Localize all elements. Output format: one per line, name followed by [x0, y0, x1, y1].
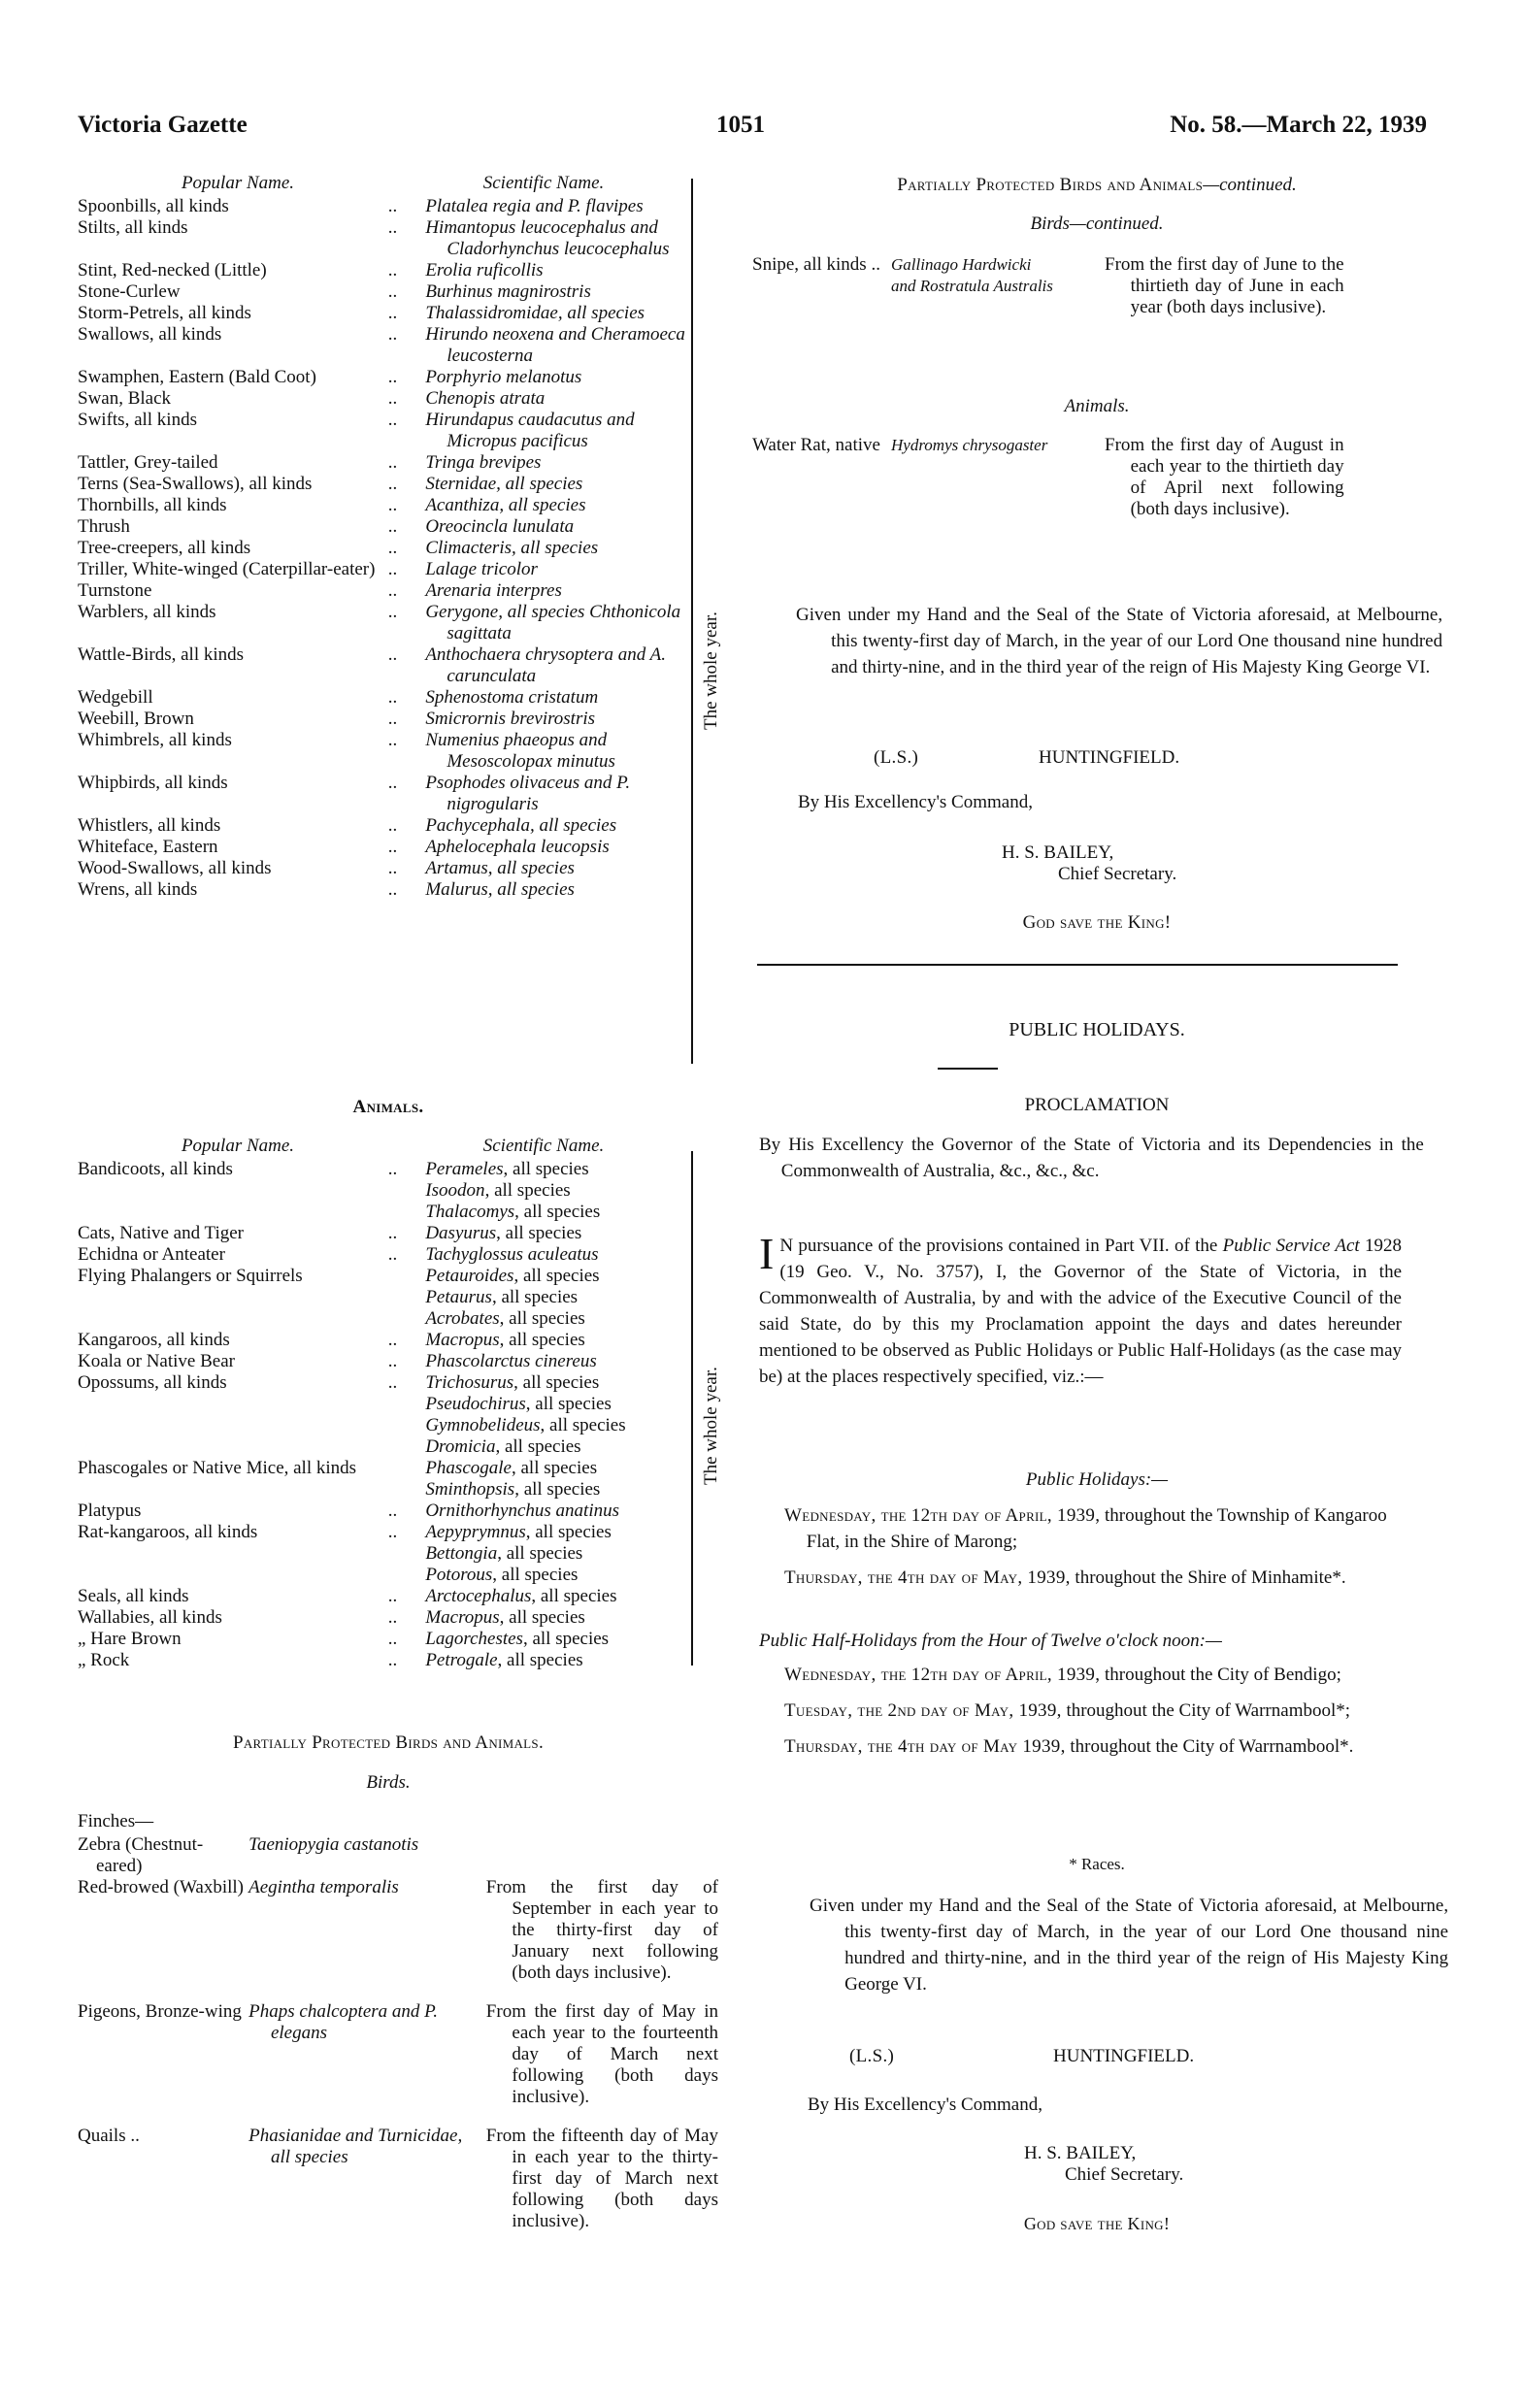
popular-name: ..Wrens, all kinds	[78, 879, 414, 901]
genus: Perameles	[425, 1159, 503, 1179]
table-row: ..Stint, Red-necked (Little)Erolia rufic…	[78, 260, 699, 281]
popular-name: Flying Phalangers or Squirrels	[78, 1266, 414, 1330]
birds-table-header: Popular Name. Scientific Name.	[78, 173, 699, 194]
holiday-place: throughout the City of Bendigo;	[1105, 1665, 1341, 1685]
table-row: ..Echidna or AnteaterTachyglossus aculea…	[78, 1244, 699, 1266]
animals-table-header: Popular Name. Scientific Name.	[78, 1136, 699, 1157]
table-row: ..Wallabies, all kindsMacropus, all spec…	[78, 1607, 699, 1629]
table-row: Red-browed (Waxbill)Aegintha temporalisF…	[78, 1877, 718, 1984]
table-row: ..Kangaroos, all kindsMacropus, all spec…	[78, 1330, 699, 1351]
table-row: ..Storm-Petrels, all kindsThalassidromid…	[78, 303, 699, 324]
table-row: ..Bandicoots, all kindsPerameles, all sp…	[78, 1159, 699, 1223]
table-row: ..Seals, all kindsArctocephalus, all spe…	[78, 1586, 699, 1607]
table-row: ..TurnstoneArenaria interpres	[78, 580, 699, 602]
scientific-name: Pseudochirus, all species	[447, 1394, 699, 1415]
scientific-name: Petauroides, all species	[447, 1266, 699, 1287]
scientific-name: Thalassidromidae, all species	[425, 303, 699, 324]
partially-protected-title: Partially Protected Birds and Animals.	[78, 1732, 699, 1754]
scientific-names: Phascogale, all speciesSminthopsis, all …	[425, 1458, 699, 1501]
scientific-name: Phaps chalcoptera and P. elegans	[248, 2001, 486, 2108]
pp-continued-title: Partially Protected Birds and Animals—co…	[747, 175, 1446, 196]
scientific-name: Tachyglossus aculeatus	[447, 1244, 699, 1266]
secretary-name: H. S. BAILEY,	[1002, 842, 1113, 864]
holiday-place: throughout the City of Warrnambool*;	[1066, 1700, 1350, 1721]
birds-continued-subtitle: Birds—continued.	[747, 214, 1446, 235]
popular-name: ..Whimbrels, all kinds	[78, 730, 414, 773]
popular-name: ..Cats, Native and Tiger	[78, 1223, 414, 1244]
scientific-name: Acrobates, all species	[447, 1308, 699, 1330]
scientific-name: Psophodes olivaceus and P. nigrogularis	[425, 773, 699, 815]
holiday-date: Thursday, the 4th day of May 1939,	[784, 1736, 1066, 1757]
scientific-name: Aepyprymnus, all species	[447, 1522, 699, 1543]
holiday-item: Tuesday, the 2nd day of May, 1939, throu…	[784, 1698, 1406, 1724]
scientific-name: Aegintha temporalis	[248, 1877, 486, 1984]
seal-mark: (L.S.)	[874, 747, 918, 769]
genus: Dromicia	[425, 1436, 495, 1457]
table-row: ..Thornbills, all kindsAcanthiza, all sp…	[78, 495, 699, 516]
popular-name: ..Stone-Curlew	[78, 281, 414, 303]
genus: Gymnobelideus	[425, 1415, 540, 1435]
scientific-name: Acanthiza, all species	[425, 495, 699, 516]
genus: Isoodon	[425, 1180, 484, 1201]
table-row: ..Whiteface, EasternAphelocephala leucop…	[78, 837, 699, 858]
scientific-name: Isoodon, all species	[447, 1180, 699, 1202]
birds-rows: ..Spoonbills, all kindsPlatalea regia an…	[78, 196, 699, 901]
scientific-name: Arctocephalus, all species	[447, 1586, 699, 1607]
holidays-heading: Public Holidays:—	[747, 1469, 1446, 1491]
scientific-name: Oreocincla lunulata	[425, 516, 699, 538]
table-row: Pigeons, Bronze-wingPhaps chalcoptera an…	[78, 2001, 718, 2108]
popular-name: Quails ..	[78, 2126, 248, 2232]
table-row: ..Rat-kangaroos, all kindsAepyprymnus, a…	[78, 1522, 699, 1586]
holiday-date: Tuesday, the 2nd day of May, 1939,	[784, 1700, 1062, 1721]
genus: Trichosurus	[425, 1372, 513, 1393]
partially-protected-table: Zebra (Chestnut-eared)Taeniopygia castan…	[78, 1834, 718, 2250]
scientific-names: Trichosurus, all speciesPseudochirus, al…	[425, 1372, 699, 1458]
scientific-name: Lalage tricolor	[425, 559, 699, 580]
scientific-name: Sminthopsis, all species	[447, 1479, 699, 1501]
table-row: ..PlatypusOrnithorhynchus anatinus	[78, 1501, 699, 1522]
popular-name: ..Rat-kangaroos, all kinds	[78, 1522, 414, 1586]
genus: Potorous	[425, 1565, 492, 1585]
scientific-name: Anthochaera chrysoptera and A. caruncula…	[425, 644, 699, 687]
scientific-name: Phascogale, all species	[447, 1458, 699, 1479]
genus: Sminthopsis	[425, 1479, 514, 1500]
table-row: ..Warblers, all kindsGerygone, all speci…	[78, 602, 699, 644]
birds-subtitle: Birds.	[78, 1772, 699, 1794]
popular-name: Zebra (Chestnut-eared)	[78, 1834, 248, 1877]
table-row: ..Swamphen, Eastern (Bald Coot)Porphyrio…	[78, 367, 699, 388]
scientific-name: Macropus, all species	[447, 1607, 699, 1629]
popular-name: ..Swifts, all kinds	[78, 410, 414, 452]
scientific-name: Phascolarctus cinereus	[447, 1351, 699, 1372]
scientific-name: Burhinus magnirostris	[425, 281, 699, 303]
command-line: By His Excellency's Command,	[808, 2095, 1042, 2116]
scientific-name: Phasianidae and Turnicidae, all species	[248, 2126, 486, 2232]
holiday-place: throughout the City of Warrnambool*.	[1070, 1736, 1353, 1757]
popular-name: ..Triller, White-winged (Caterpillar-eat…	[78, 559, 414, 580]
scientific-names: Tachyglossus aculeatus	[425, 1244, 699, 1266]
table-row: ..Whimbrels, all kindsNumenius phaeopus …	[78, 730, 699, 773]
secretary-title: Chief Secretary.	[1058, 864, 1176, 885]
scientific-name: Macropus, all species	[447, 1330, 699, 1351]
given-under-hand-1: Given under my Hand and the Seal of the …	[796, 602, 1442, 680]
genus: Petauroides	[425, 1266, 513, 1286]
popular-name: ..Storm-Petrels, all kinds	[78, 303, 414, 324]
table-row: ..Swan, BlackChenopis atrata	[78, 388, 699, 410]
table-row: ..Wrens, all kindsMalurus, all species	[78, 879, 699, 901]
snipe-scientific: Gallinago Hardwicki and Rostratula Austr…	[883, 254, 1105, 318]
god-save-the-king: God save the King!	[747, 912, 1446, 934]
animals-title: Animals.	[78, 1097, 699, 1118]
table-row: ..Tattler, Grey-tailedTringa brevipes	[78, 452, 699, 474]
finches-label: Finches—	[78, 1811, 153, 1832]
table-row: ..WedgebillSphenostoma cristatum	[78, 687, 699, 709]
genus: Ornithorhynchus anatinus	[425, 1501, 619, 1521]
popular-name: ..Wattle-Birds, all kinds	[78, 644, 414, 687]
scientific-name: Smicrornis brevirostris	[425, 709, 699, 730]
act-name: Public Service Act	[1223, 1236, 1360, 1256]
seal-mark: (L.S.)	[849, 2046, 894, 2067]
scientific-name: Chenopis atrata	[425, 388, 699, 410]
scientific-names: Lagorchestes, all species	[425, 1629, 699, 1650]
water-rat-scientific: Hydromys chrysogaster	[883, 435, 1105, 520]
genus: Tachyglossus aculeatus	[425, 1244, 598, 1265]
genus: Bettongia	[425, 1543, 497, 1564]
snipe-period: From the first day of June to the thirti…	[1105, 254, 1344, 318]
popular-name: ..Platypus	[78, 1501, 414, 1522]
scientific-names: Petauroides, all speciesPetaurus, all sp…	[425, 1266, 699, 1330]
scientific-name: Dromicia, all species	[447, 1436, 699, 1458]
popular-name: ..Kangaroos, all kinds	[78, 1330, 414, 1351]
secretary-title: Chief Secretary.	[1065, 2164, 1183, 2186]
command-line: By His Excellency's Command,	[798, 792, 1033, 813]
table-row: ..„ RockPetrogale, all species	[78, 1650, 699, 1671]
signatory: HUNTINGFIELD.	[1053, 2046, 1194, 2067]
scientific-names: Dasyurus, all species	[425, 1223, 699, 1244]
popular-name: ..Stilts, all kinds	[78, 217, 414, 260]
scientific-name: Climacteris, all species	[425, 538, 699, 559]
popular-name: ..Swamphen, Eastern (Bald Coot)	[78, 367, 414, 388]
popular-name: ..„ Hare Brown	[78, 1629, 414, 1650]
scientific-name: Malurus, all species	[425, 879, 699, 901]
table-row: ..Whipbirds, all kindsPsophodes olivaceu…	[78, 773, 699, 815]
proclamation-body: IN pursuance of the provisions contained…	[759, 1233, 1402, 1390]
holiday-date: Wednesday, the 12th day of April, 1939,	[784, 1665, 1100, 1685]
table-row: ..Cats, Native and TigerDasyurus, all sp…	[78, 1223, 699, 1244]
holiday-list: Wednesday, the 12th day of April, 1939, …	[784, 1502, 1406, 1600]
protection-period: From the first day of May in each year t…	[486, 2001, 718, 2108]
scientific-name: Platalea regia and P. flavipes	[425, 196, 699, 217]
table-row: ..Terns (Sea-Swallows), all kindsSternid…	[78, 474, 699, 495]
scientific-name: Erolia ruficollis	[425, 260, 699, 281]
scientific-name: Bettongia, all species	[447, 1543, 699, 1565]
table-row: ..Wattle-Birds, all kindsAnthochaera chr…	[78, 644, 699, 687]
table-row: Flying Phalangers or SquirrelsPetauroide…	[78, 1266, 699, 1330]
col-scientific-name: Scientific Name.	[398, 173, 689, 194]
footnote-races: * Races.	[747, 1854, 1446, 1875]
scientific-name: Perameles, all species	[447, 1159, 699, 1180]
table-row: ..Stone-CurlewBurhinus magnirostris	[78, 281, 699, 303]
table-row: ..Swifts, all kindsHirundapus caudacutus…	[78, 410, 699, 452]
popular-name: ..Warblers, all kinds	[78, 602, 414, 644]
issue-date: No. 58.—March 22, 1939	[1170, 115, 1427, 136]
scientific-name: Sphenostoma cristatum	[425, 687, 699, 709]
table-row: ..Triller, White-winged (Caterpillar-eat…	[78, 559, 699, 580]
scientific-names: Perameles, all speciesIsoodon, all speci…	[425, 1159, 699, 1223]
popular-name: ..Weebill, Brown	[78, 709, 414, 730]
genus: Phascogale	[425, 1458, 512, 1478]
popular-name: ..Bandicoots, all kinds	[78, 1159, 414, 1223]
whole-year-bracket	[691, 1151, 693, 1666]
popular-name: ..Thrush	[78, 516, 414, 538]
scientific-names: Ornithorhynchus anatinus	[425, 1501, 699, 1522]
genus: Phascolarctus cinereus	[425, 1351, 596, 1371]
table-row: ..Spoonbills, all kindsPlatalea regia an…	[78, 196, 699, 217]
popular-name: Red-browed (Waxbill)	[78, 1877, 248, 1984]
scientific-name: Hirundo neoxena and Cheramoeca leucoster…	[425, 324, 699, 367]
scientific-name: Sternidae, all species	[425, 474, 699, 495]
animals-subtitle: Animals.	[747, 396, 1446, 417]
genus: Aepyprymnus	[425, 1522, 525, 1542]
scientific-names: Macropus, all species	[425, 1330, 699, 1351]
genus: Dasyurus	[425, 1223, 496, 1243]
scientific-name: Porphyrio melanotus	[425, 367, 699, 388]
popular-name: ..Thornbills, all kinds	[78, 495, 414, 516]
popular-name: ..Koala or Native Bear	[78, 1351, 414, 1372]
popular-name: ..Echidna or Anteater	[78, 1244, 414, 1266]
genus: Macropus	[425, 1330, 499, 1350]
table-row: Phascogales or Native Mice, all kindsPha…	[78, 1458, 699, 1501]
table-row: ..Stilts, all kindsHimantopus leucocepha…	[78, 217, 699, 260]
scientific-name: Numenius phaeopus and Mesoscolopax minut…	[425, 730, 699, 773]
popular-name: ..Wallabies, all kinds	[78, 1607, 414, 1629]
scientific-names: Macropus, all species	[425, 1607, 699, 1629]
animals-table: Popular Name. Scientific Name. ..Bandico…	[78, 1136, 699, 1671]
protection-period: From the first day of September in each …	[486, 1877, 718, 1984]
table-row: ..Wood-Swallows, all kindsArtamus, all s…	[78, 858, 699, 879]
popular-name: ..Tattler, Grey-tailed	[78, 452, 414, 474]
popular-name: ..„ Rock	[78, 1650, 414, 1671]
scientific-name: Gerygone, all species Chthonicola sagitt…	[425, 602, 699, 644]
snipe-popular: Snipe, all kinds ..	[752, 254, 883, 318]
col-scientific-name: Scientific Name.	[398, 1136, 689, 1157]
section-divider	[757, 964, 1398, 966]
popular-name: ..Seals, all kinds	[78, 1586, 414, 1607]
popular-name: ..Terns (Sea-Swallows), all kinds	[78, 474, 414, 495]
table-row: ..Koala or Native BearPhascolarctus cine…	[78, 1351, 699, 1372]
given-under-hand-2: Given under my Hand and the Seal of the …	[810, 1893, 1448, 1997]
table-row: ..Whistlers, all kindsPachycephala, all …	[78, 815, 699, 837]
genus: Acrobates	[425, 1308, 499, 1329]
scientific-name: Potorous, all species	[447, 1565, 699, 1586]
popular-name: ..Whiteface, Eastern	[78, 837, 414, 858]
popular-name: ..Spoonbills, all kinds	[78, 196, 414, 217]
scientific-name: Aphelocephala leucopsis	[425, 837, 699, 858]
proclamation-heading: PROCLAMATION	[747, 1095, 1446, 1116]
popular-name: ..Whistlers, all kinds	[78, 815, 414, 837]
short-rule	[938, 1068, 998, 1070]
water-rat-popular: Water Rat, native	[752, 435, 883, 520]
holiday-item: Wednesday, the 12th day of April, 1939, …	[784, 1502, 1406, 1555]
scientific-name: Artamus, all species	[425, 858, 699, 879]
scientific-name: Lagorchestes, all species	[447, 1629, 699, 1650]
popular-name: ..Turnstone	[78, 580, 414, 602]
protection-period: From the fifteenth day of May in each ye…	[486, 2126, 718, 2232]
genus: Thalacomys	[425, 1202, 514, 1222]
whole-year-label: The whole year.	[701, 611, 722, 730]
scientific-name: Ornithorhynchus anatinus	[447, 1501, 699, 1522]
god-save-the-king: God save the King!	[747, 2213, 1446, 2234]
scientific-name: Petrogale, all species	[447, 1650, 699, 1671]
half-holiday-list: Wednesday, the 12th day of April, 1939, …	[784, 1662, 1406, 1769]
popular-name: Phascogales or Native Mice, all kinds	[78, 1458, 414, 1501]
holiday-item: Wednesday, the 12th day of April, 1939, …	[784, 1662, 1406, 1688]
birds-table: Popular Name. Scientific Name. ..Spoonbi…	[78, 173, 699, 901]
popular-name: ..Swan, Black	[78, 388, 414, 410]
publication-title: Victoria Gazette	[78, 115, 248, 136]
scientific-name: Trichosurus, all species	[447, 1372, 699, 1394]
popular-name: Pigeons, Bronze-wing	[78, 2001, 248, 2108]
public-holidays-title: PUBLIC HOLIDAYS.	[747, 1019, 1446, 1040]
popular-name: ..Stint, Red-necked (Little)	[78, 260, 414, 281]
water-rat-row: Water Rat, native Hydromys chrysogaster …	[752, 435, 1471, 520]
col-popular-name: Popular Name.	[78, 1136, 398, 1157]
col-popular-name: Popular Name.	[78, 173, 398, 194]
popular-name: ..Whipbirds, all kinds	[78, 773, 414, 815]
genus: Macropus	[425, 1607, 499, 1628]
genus: Lagorchestes	[425, 1629, 523, 1649]
scientific-name: Gymnobelideus, all species	[447, 1415, 699, 1436]
scientific-name: Pachycephala, all species	[425, 815, 699, 837]
scientific-name: Petaurus, all species	[447, 1287, 699, 1308]
scientific-names: Aepyprymnus, all speciesBettongia, all s…	[425, 1522, 699, 1586]
scientific-name: Dasyurus, all species	[447, 1223, 699, 1244]
scientific-name: Thalacomys, all species	[447, 1202, 699, 1223]
table-row: ..Swallows, all kindsHirundo neoxena and…	[78, 324, 699, 367]
table-row: ..Weebill, BrownSmicrornis brevirostris	[78, 709, 699, 730]
scientific-name: Taeniopygia castanotis	[248, 1834, 486, 1877]
page-number: 1051	[716, 115, 765, 136]
holiday-place: throughout the Shire of Minhamite*.	[1075, 1567, 1345, 1588]
animals-rows: ..Bandicoots, all kindsPerameles, all sp…	[78, 1159, 699, 1671]
scientific-names: Phascolarctus cinereus	[425, 1351, 699, 1372]
table-row: ..Opossums, all kindsTrichosurus, all sp…	[78, 1372, 699, 1458]
scientific-names: Petrogale, all species	[425, 1650, 699, 1671]
table-row: ..Tree-creepers, all kindsClimacteris, a…	[78, 538, 699, 559]
popular-name: ..Opossums, all kinds	[78, 1372, 414, 1458]
table-row: Zebra (Chestnut-eared)Taeniopygia castan…	[78, 1834, 718, 1877]
whole-year-bracket	[691, 179, 693, 1064]
snipe-row: Snipe, all kinds .. Gallinago Hardwicki …	[752, 254, 1471, 318]
half-holidays-heading: Public Half-Holidays from the Hour of Tw…	[759, 1631, 1409, 1652]
table-row: Quails ..Phasianidae and Turnicidae, all…	[78, 2126, 718, 2232]
scientific-name: Hirundapus caudacutus and Micropus pacif…	[425, 410, 699, 452]
holiday-date: Thursday, the 4th day of May, 1939,	[784, 1567, 1071, 1588]
genus: Pseudochirus	[425, 1394, 525, 1414]
signatory: HUNTINGFIELD.	[1039, 747, 1179, 769]
genus: Petrogale	[425, 1650, 497, 1670]
genus: Arctocephalus	[425, 1586, 531, 1606]
popular-name: ..Wood-Swallows, all kinds	[78, 858, 414, 879]
genus: Petaurus	[425, 1287, 492, 1307]
drop-cap: I	[759, 1235, 774, 1273]
holiday-item: Thursday, the 4th day of May 1939, throu…	[784, 1733, 1406, 1760]
holiday-item: Thursday, the 4th day of May, 1939, thro…	[784, 1565, 1406, 1591]
whole-year-label: The whole year.	[701, 1367, 722, 1485]
scientific-name: Himantopus leucocephalus and Cladorhynch…	[425, 217, 699, 260]
water-rat-period: From the first day of August in each yea…	[1105, 435, 1344, 520]
scientific-names: Arctocephalus, all species	[425, 1586, 699, 1607]
by-governor: By His Excellency the Governor of the St…	[759, 1132, 1424, 1184]
popular-name: ..Swallows, all kinds	[78, 324, 414, 367]
secretary-name: H. S. BAILEY,	[1024, 2143, 1136, 2164]
scientific-name: Tringa brevipes	[425, 452, 699, 474]
popular-name: ..Tree-creepers, all kinds	[78, 538, 414, 559]
table-row: ..ThrushOreocincla lunulata	[78, 516, 699, 538]
table-row: ..„ Hare BrownLagorchestes, all species	[78, 1629, 699, 1650]
holiday-date: Wednesday, the 12th day of April, 1939,	[784, 1505, 1100, 1526]
popular-name: ..Wedgebill	[78, 687, 414, 709]
scientific-name: Arenaria interpres	[425, 580, 699, 602]
